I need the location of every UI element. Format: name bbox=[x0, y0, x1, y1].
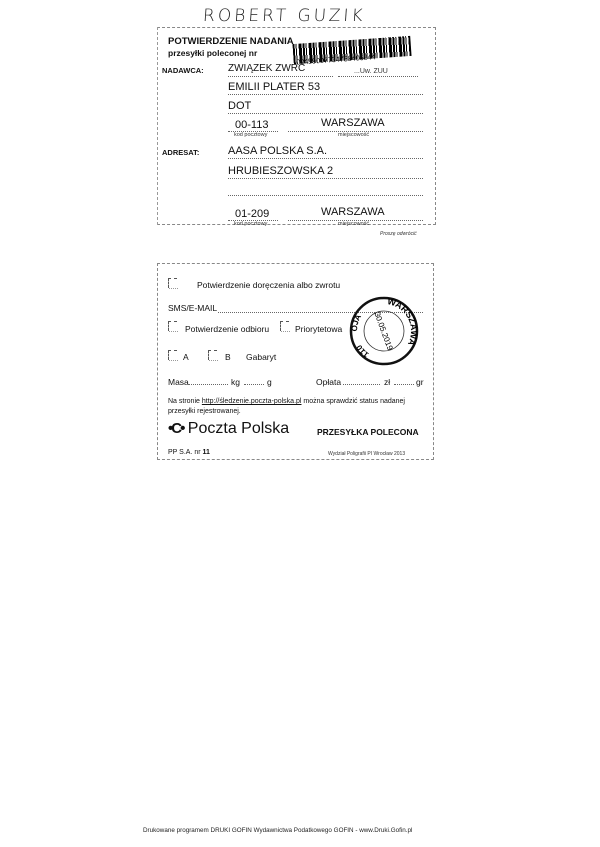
city-caption: miejscowość bbox=[338, 132, 369, 138]
posting-confirmation-card: POTWIERDZENIE NADANIA przesyłki polecone… bbox=[157, 27, 436, 225]
sender-postal-code: 00-113 bbox=[235, 119, 268, 131]
mass-g-field[interactable] bbox=[244, 384, 264, 385]
sender-label: NADAWCA: bbox=[162, 66, 204, 75]
receipt-confirmation-checkbox[interactable] bbox=[168, 321, 177, 331]
addressee-city: WARSZAWA bbox=[321, 206, 385, 218]
delivery-confirmation-checkbox[interactable] bbox=[168, 278, 177, 288]
receipt-confirmation-label: Potwierdzenie odbioru bbox=[185, 324, 269, 334]
size-a-label: A bbox=[183, 352, 189, 362]
addressee-label: ADRESAT: bbox=[162, 148, 199, 157]
fee-label: Opłata bbox=[316, 377, 341, 387]
sender-street: EMILII PLATER 53 bbox=[228, 81, 320, 93]
postal-stamp: WARSZAWA 110 OJA 30.05.2019 bbox=[349, 296, 419, 366]
g-label: g bbox=[267, 377, 272, 387]
barcode-partial: ...Uw. ZUU bbox=[354, 68, 388, 75]
svg-text:OJA: OJA bbox=[349, 313, 365, 334]
registered-label: PRZESYŁKA POLECONA bbox=[317, 427, 419, 437]
poczta-polska-logo: •C• Poczta Polska bbox=[168, 420, 289, 438]
size-a-checkbox[interactable] bbox=[168, 350, 177, 360]
stamp-date: 30.05.2019 bbox=[372, 311, 394, 352]
footer-text: Drukowane programem DRUKI GOFIN Wydawnic… bbox=[143, 827, 412, 834]
gr-label: gr bbox=[416, 377, 424, 387]
tracking-link[interactable]: http://śledzenie.poczta-polska.pl bbox=[202, 398, 302, 405]
zl-label: zł bbox=[384, 377, 390, 387]
priority-checkbox[interactable] bbox=[280, 321, 289, 331]
kg-label: kg bbox=[231, 377, 240, 387]
size-label: Gabaryt bbox=[246, 352, 276, 362]
mass-kg-field[interactable] bbox=[188, 384, 228, 385]
sender-city: WARSZAWA bbox=[321, 117, 385, 129]
fee-zl-field[interactable] bbox=[343, 384, 380, 385]
card-subtitle: przesyłki poleconej nr bbox=[168, 48, 257, 58]
form-number: PP S.A. nr 11 bbox=[168, 449, 210, 456]
priority-label: Priorytetowa bbox=[295, 324, 342, 334]
city-caption-2: miejscowość bbox=[338, 221, 369, 227]
turn-over-note: Proszę odwrócić bbox=[380, 231, 417, 237]
addressee-postal-code: 01-209 bbox=[235, 208, 269, 220]
addressee-name: AASA POLSKA S.A. bbox=[228, 145, 327, 157]
addressee-street: HRUBIESZOWSKA 2 bbox=[228, 165, 333, 177]
postal-code-caption: kod pocztowy bbox=[234, 132, 267, 138]
stamp-code: OJA bbox=[349, 313, 365, 334]
brand-name: Poczta Polska bbox=[188, 420, 289, 437]
delivery-confirmation-label: Potwierdzenie doręczenia albo zwrotu bbox=[197, 280, 340, 290]
sender-line3: DOT bbox=[228, 100, 251, 112]
size-b-label: B bbox=[225, 352, 231, 362]
printer-note: Wydział Poligrafii PI Wrocław 2013 bbox=[328, 451, 405, 457]
fee-gr-field[interactable] bbox=[394, 384, 414, 385]
mass-label: Masa bbox=[168, 377, 189, 387]
handwritten-name: ROBERT GUZIK bbox=[202, 6, 366, 26]
size-b-checkbox[interactable] bbox=[208, 350, 217, 360]
card-title: POTWIERDZENIE NADANIA bbox=[168, 36, 294, 47]
postal-code-caption-2: kod pocztowy bbox=[234, 221, 267, 227]
sms-email-label: SMS/E-MAIL bbox=[168, 303, 217, 313]
tracking-info: Na stronie http://śledzenie.poczta-polsk… bbox=[168, 397, 430, 417]
post-horn-icon: •C• bbox=[168, 420, 183, 437]
sender-name: ZWIĄZEK ZWRC bbox=[228, 63, 305, 74]
